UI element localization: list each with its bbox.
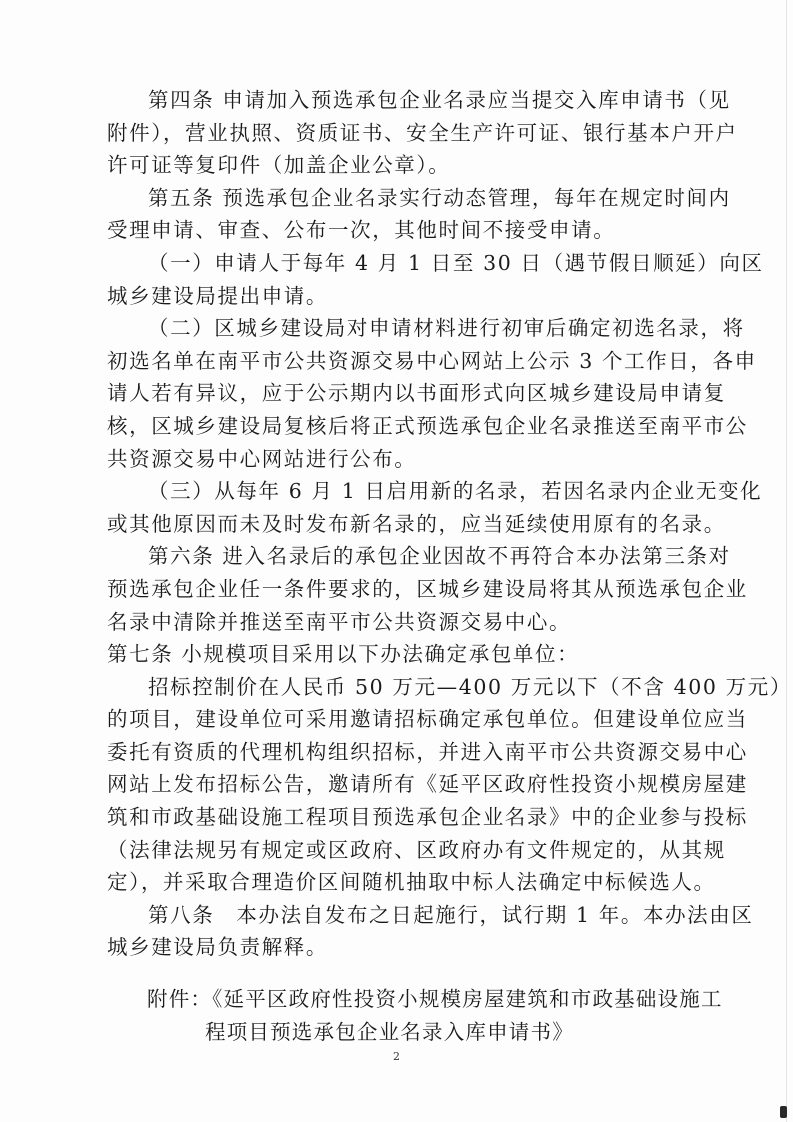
- text-line: 筑和市政基础设施工程项目预选承包企业名录》中的企业参与投标: [107, 801, 707, 834]
- scan-artifact: [780, 1106, 787, 1118]
- article-5-item-3: （三）从每年 6 月 1 日启用新的名录，若因名录内企业无变化 或其他原因而未及…: [107, 475, 707, 540]
- article-5-paragraph: 第五条 预选承包企业名录实行动态管理，每年在规定时间内 受理申请、审查、公布一次…: [107, 182, 707, 247]
- text-line: 网站上发布招标公告，邀请所有《延平区政府性投资小规模房屋建: [107, 768, 707, 801]
- article-6-paragraph: 第六条 进入名录后的承包企业因故不再符合本办法第三条对 预选承包企业任一条件要求…: [107, 540, 707, 638]
- text-line: 预选承包企业任一条件要求的，区城乡建设局将其从预选承包企业: [107, 573, 707, 606]
- text-line: （二）区城乡建设局对申请材料进行初审后确定初选名录，将: [107, 312, 707, 345]
- article-5-item-1: （一）申请人于每年 4 月 1 日至 30 日（遇节假日顺延）向区 城乡建设局提…: [107, 247, 707, 312]
- text-line: 城乡建设局提出申请。: [107, 280, 707, 313]
- text-line: 或其他原因而未及时发布新名录的，应当延续使用原有的名录。: [107, 508, 707, 541]
- page-number: 2: [0, 1050, 793, 1063]
- article-5-item-2: （二）区城乡建设局对申请材料进行初审后确定初选名录，将 初选名单在南平市公共资源…: [107, 312, 707, 475]
- text-line: 定），并采取合理造价区间随机抽取中标人法确定中标候选人。: [107, 866, 707, 899]
- text-line: 第七条 小规模项目采用以下办法确定承包单位：: [107, 638, 707, 671]
- text-line: 第四条 申请加入预选承包企业名录应当提交入库申请书（见: [107, 84, 707, 117]
- text-line: 请人若有异议，应于公示期内以书面形式向区城乡建设局申请复: [107, 377, 707, 410]
- text-line: 第八条 本办法自发布之日起施行，试行期 1 年。本办法由区: [107, 899, 707, 932]
- text-line: 许可证等复印件（加盖企业公章）。: [107, 149, 707, 182]
- text-line: 受理申请、审查、公布一次，其他时间不接受申请。: [107, 214, 707, 247]
- text-line: （一）申请人于每年 4 月 1 日至 30 日（遇节假日顺延）向区: [107, 247, 707, 280]
- text-line: 委托有资质的代理机构组织招标，并进入南平市公共资源交易中心: [107, 736, 707, 769]
- text-line: （三）从每年 6 月 1 日启用新的名录，若因名录内企业无变化: [107, 475, 707, 508]
- text-line: 第五条 预选承包企业名录实行动态管理，每年在规定时间内: [107, 182, 707, 215]
- text-line: 招标控制价在人民币 50 万元—400 万元以下（不含 400 万元）: [107, 671, 707, 704]
- attachment-line: 附件：《延平区政府性投资小规模房屋建筑和市政基础设施工: [147, 983, 707, 1016]
- text-line: （法律法规另有规定或区政府、区政府办有文件规定的，从其规: [107, 834, 707, 867]
- text-line: 第六条 进入名录后的承包企业因故不再符合本办法第三条对: [107, 540, 707, 573]
- attachment-note: 附件：《延平区政府性投资小规模房屋建筑和市政基础设施工 程项目预选承包企业名录入…: [147, 983, 707, 1048]
- text-line: 初选名单在南平市公共资源交易中心网站上公示 3 个工作日，各申: [107, 345, 707, 378]
- text-line: 城乡建设局负责解释。: [107, 931, 707, 964]
- text-line: 核，区城乡建设局复核后将正式预选承包企业名录推送至南平市公: [107, 410, 707, 443]
- text-line: 共资源交易中心网站进行公布。: [107, 443, 707, 476]
- article-7-heading: 第七条 小规模项目采用以下办法确定承包单位：: [107, 638, 707, 671]
- scan-edge-line: [786, 0, 787, 1122]
- article-7-paragraph: 招标控制价在人民币 50 万元—400 万元以下（不含 400 万元） 的项目，…: [107, 671, 707, 899]
- text-line: 的项目，建设单位可采用邀请招标确定承包单位。但建设单位应当: [107, 703, 707, 736]
- article-4-paragraph: 第四条 申请加入预选承包企业名录应当提交入库申请书（见 附件），营业执照、资质证…: [107, 84, 707, 182]
- document-page: 第四条 申请加入预选承包企业名录应当提交入库申请书（见 附件），营业执照、资质证…: [0, 0, 793, 1122]
- article-8-paragraph: 第八条 本办法自发布之日起施行，试行期 1 年。本办法由区 城乡建设局负责解释。: [107, 899, 707, 964]
- text-line: 名录中清除并推送至南平市公共资源交易中心。: [107, 606, 707, 639]
- document-body: 第四条 申请加入预选承包企业名录应当提交入库申请书（见 附件），营业执照、资质证…: [107, 84, 707, 964]
- attachment-line: 程项目预选承包企业名录入库申请书》: [147, 1016, 707, 1049]
- text-line: 附件），营业执照、资质证书、安全生产许可证、银行基本户开户: [107, 117, 707, 150]
